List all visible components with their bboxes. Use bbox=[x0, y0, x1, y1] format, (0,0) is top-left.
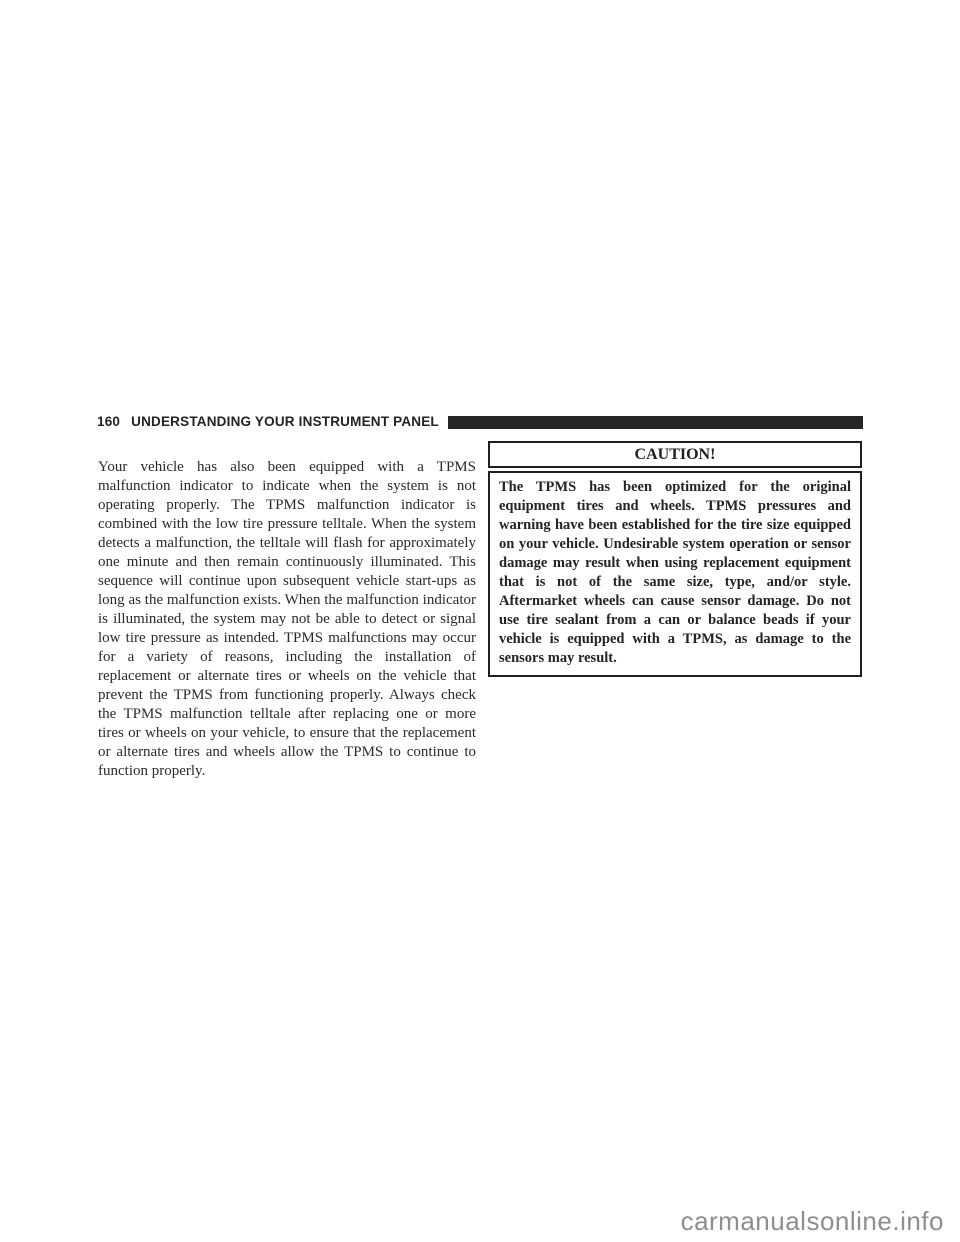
header-rule-bar bbox=[448, 416, 863, 429]
tpms-malfunction-paragraph: Your vehicle has also been equipped with… bbox=[98, 458, 476, 781]
running-header: 160 UNDERSTANDING YOUR INSTRUMENT PANEL bbox=[97, 414, 863, 429]
caution-box-title: CAUTION! bbox=[488, 441, 862, 468]
left-column: Your vehicle has also been equipped with… bbox=[98, 443, 476, 796]
caution-box-text: The TPMS has been optimized for the orig… bbox=[488, 471, 862, 677]
caution-box: CAUTION! The TPMS has been optimized for… bbox=[488, 441, 862, 677]
section-title: UNDERSTANDING YOUR INSTRUMENT PANEL bbox=[131, 414, 439, 429]
site-watermark: carmanualsonline.info bbox=[681, 1206, 944, 1237]
page-number: 160 bbox=[97, 414, 120, 429]
right-column: CAUTION! The TPMS has been optimized for… bbox=[488, 441, 862, 677]
